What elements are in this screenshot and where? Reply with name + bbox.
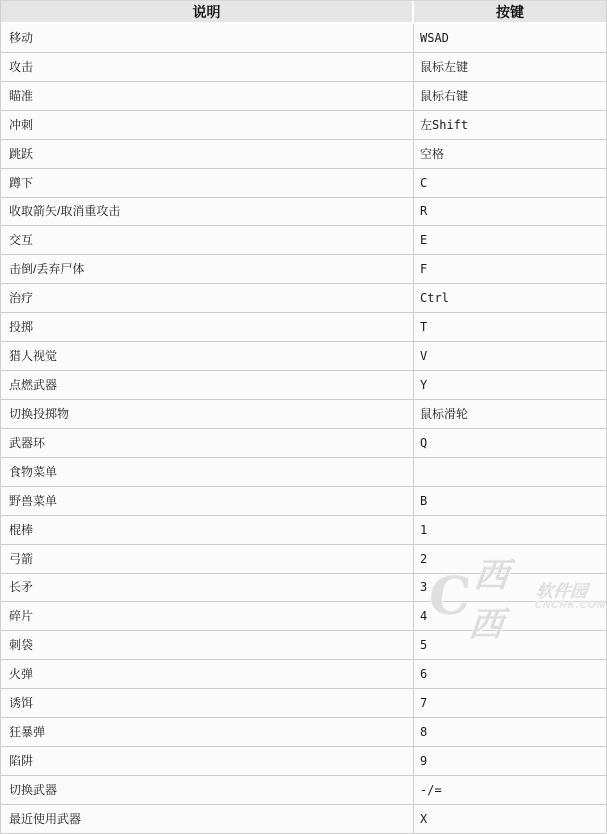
table-row: 交互 E xyxy=(1,226,606,255)
key-cell: 鼠标滑轮 xyxy=(414,400,606,428)
description-cell: 蹲下 xyxy=(1,169,414,197)
table-row: 击倒/丢弃尸体 F xyxy=(1,255,606,284)
table-row: 冲刺 左Shift xyxy=(1,111,606,140)
key-cell: E xyxy=(414,226,606,254)
table-row: 火弹 6 xyxy=(1,660,606,689)
description-cell: 切换武器 xyxy=(1,776,414,804)
table-row: 攻击 鼠标左键 xyxy=(1,53,606,82)
table-row: 弓箭 2 xyxy=(1,545,606,574)
description-cell: 冲刺 xyxy=(1,111,414,139)
description-cell: 最近使用武器 xyxy=(1,805,414,833)
description-cell: 点燃武器 xyxy=(1,371,414,399)
table-row: 棍棒 1 xyxy=(1,516,606,545)
table-header-row: 说明 按键 xyxy=(1,1,606,24)
table-row: 武器环 Q xyxy=(1,429,606,458)
table-row: 猎人视觉 V xyxy=(1,342,606,371)
key-cell: 8 xyxy=(414,718,606,746)
description-cell: 跳跃 xyxy=(1,140,414,168)
description-cell: 收取箭矢/取消重攻击 xyxy=(1,198,414,226)
description-cell: 交互 xyxy=(1,226,414,254)
description-cell: 陷阱 xyxy=(1,747,414,775)
key-cell: V xyxy=(414,342,606,370)
key-cell: 鼠标右键 xyxy=(414,82,606,110)
description-cell: 狂暴弹 xyxy=(1,718,414,746)
key-cell: 7 xyxy=(414,689,606,717)
key-cell: 2 xyxy=(414,545,606,573)
table-row: 收取箭矢/取消重攻击 R xyxy=(1,198,606,227)
key-cell: R xyxy=(414,198,606,226)
key-cell: F xyxy=(414,255,606,283)
description-cell: 治疗 xyxy=(1,284,414,312)
table-row: 投掷 T xyxy=(1,313,606,342)
table-row: 跳跃 空格 xyxy=(1,140,606,169)
description-cell: 长矛 xyxy=(1,574,414,602)
table-row: 治疗 Ctrl xyxy=(1,284,606,313)
keybindings-table: 说明 按键 移动 WSAD 攻击 鼠标左键 瞄准 鼠标右键 冲刺 左Shift … xyxy=(0,0,607,834)
description-cell: 弓箭 xyxy=(1,545,414,573)
description-cell: 瞄准 xyxy=(1,82,414,110)
key-cell: 空格 xyxy=(414,140,606,168)
table-row: 瞄准 鼠标右键 xyxy=(1,82,606,111)
table-row: 最近使用武器 X xyxy=(1,805,606,834)
description-cell: 食物菜单 xyxy=(1,458,414,486)
table-row: 长矛 3 xyxy=(1,574,606,603)
description-cell: 火弹 xyxy=(1,660,414,688)
key-cell xyxy=(414,458,606,486)
key-cell: 鼠标左键 xyxy=(414,53,606,81)
description-cell: 碎片 xyxy=(1,602,414,630)
table-row: 切换武器 -/= xyxy=(1,776,606,805)
table-row: 陷阱 9 xyxy=(1,747,606,776)
key-cell: -/= xyxy=(414,776,606,804)
description-cell: 猎人视觉 xyxy=(1,342,414,370)
key-cell: 6 xyxy=(414,660,606,688)
description-cell: 刺袋 xyxy=(1,631,414,659)
key-cell: X xyxy=(414,805,606,833)
description-cell: 攻击 xyxy=(1,53,414,81)
table-body: 移动 WSAD 攻击 鼠标左键 瞄准 鼠标右键 冲刺 左Shift 跳跃 空格 … xyxy=(1,24,606,834)
key-cell: 1 xyxy=(414,516,606,544)
header-cell-key: 按键 xyxy=(414,1,606,22)
key-cell: 5 xyxy=(414,631,606,659)
key-cell: Q xyxy=(414,429,606,457)
table-row: 移动 WSAD xyxy=(1,24,606,53)
table-row: 碎片 4 xyxy=(1,602,606,631)
table-row: 点燃武器 Y xyxy=(1,371,606,400)
description-cell: 投掷 xyxy=(1,313,414,341)
key-cell: B xyxy=(414,487,606,515)
description-cell: 棍棒 xyxy=(1,516,414,544)
key-cell: Y xyxy=(414,371,606,399)
key-cell: 9 xyxy=(414,747,606,775)
table-row: 诱饵 7 xyxy=(1,689,606,718)
description-cell: 移动 xyxy=(1,24,414,52)
header-cell-description: 说明 xyxy=(1,1,414,22)
table-row: 野兽菜单 B xyxy=(1,487,606,516)
description-cell: 武器环 xyxy=(1,429,414,457)
key-cell: C xyxy=(414,169,606,197)
table-row: 狂暴弹 8 xyxy=(1,718,606,747)
table-row: 蹲下 C xyxy=(1,169,606,198)
key-cell: WSAD xyxy=(414,24,606,52)
key-cell: Ctrl xyxy=(414,284,606,312)
description-cell: 诱饵 xyxy=(1,689,414,717)
key-cell: 3 xyxy=(414,574,606,602)
key-cell: 4 xyxy=(414,602,606,630)
table-row: 切换投掷物 鼠标滑轮 xyxy=(1,400,606,429)
description-cell: 野兽菜单 xyxy=(1,487,414,515)
table-row: 食物菜单 xyxy=(1,458,606,487)
description-cell: 击倒/丢弃尸体 xyxy=(1,255,414,283)
key-cell: T xyxy=(414,313,606,341)
description-cell: 切换投掷物 xyxy=(1,400,414,428)
key-cell: 左Shift xyxy=(414,111,606,139)
table-row: 刺袋 5 xyxy=(1,631,606,660)
